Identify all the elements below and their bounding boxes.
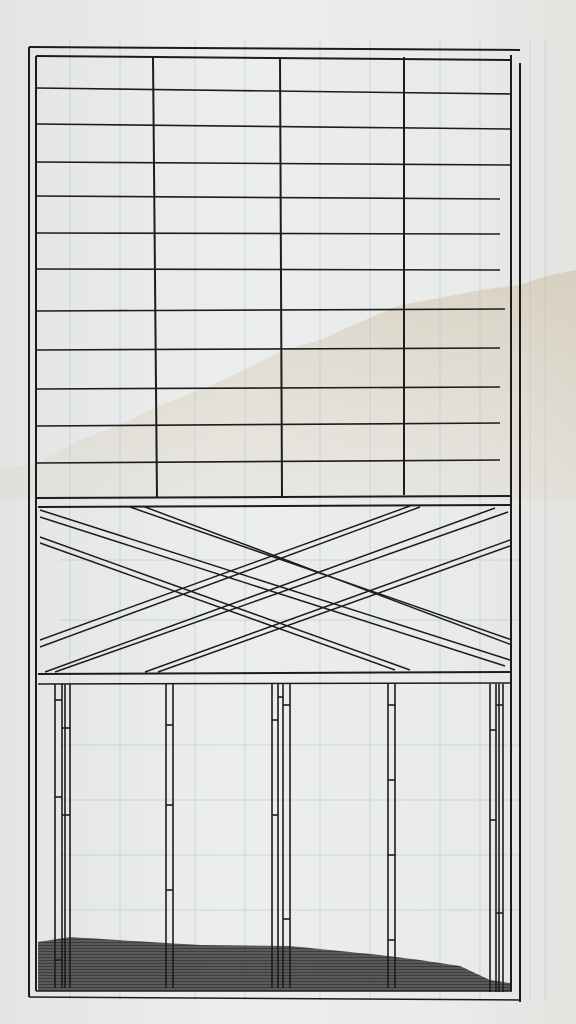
ground-hatching [38, 937, 510, 991]
water-stain [0, 270, 576, 500]
print-page [0, 0, 576, 1024]
post-5 [490, 684, 503, 992]
post-3 [272, 684, 290, 988]
frame [29, 47, 520, 1002]
paper-grid [60, 40, 545, 1000]
post-4 [388, 684, 395, 988]
post-2 [166, 684, 173, 988]
lattice-band [38, 505, 512, 684]
lattice-window-diagram [0, 0, 576, 1024]
